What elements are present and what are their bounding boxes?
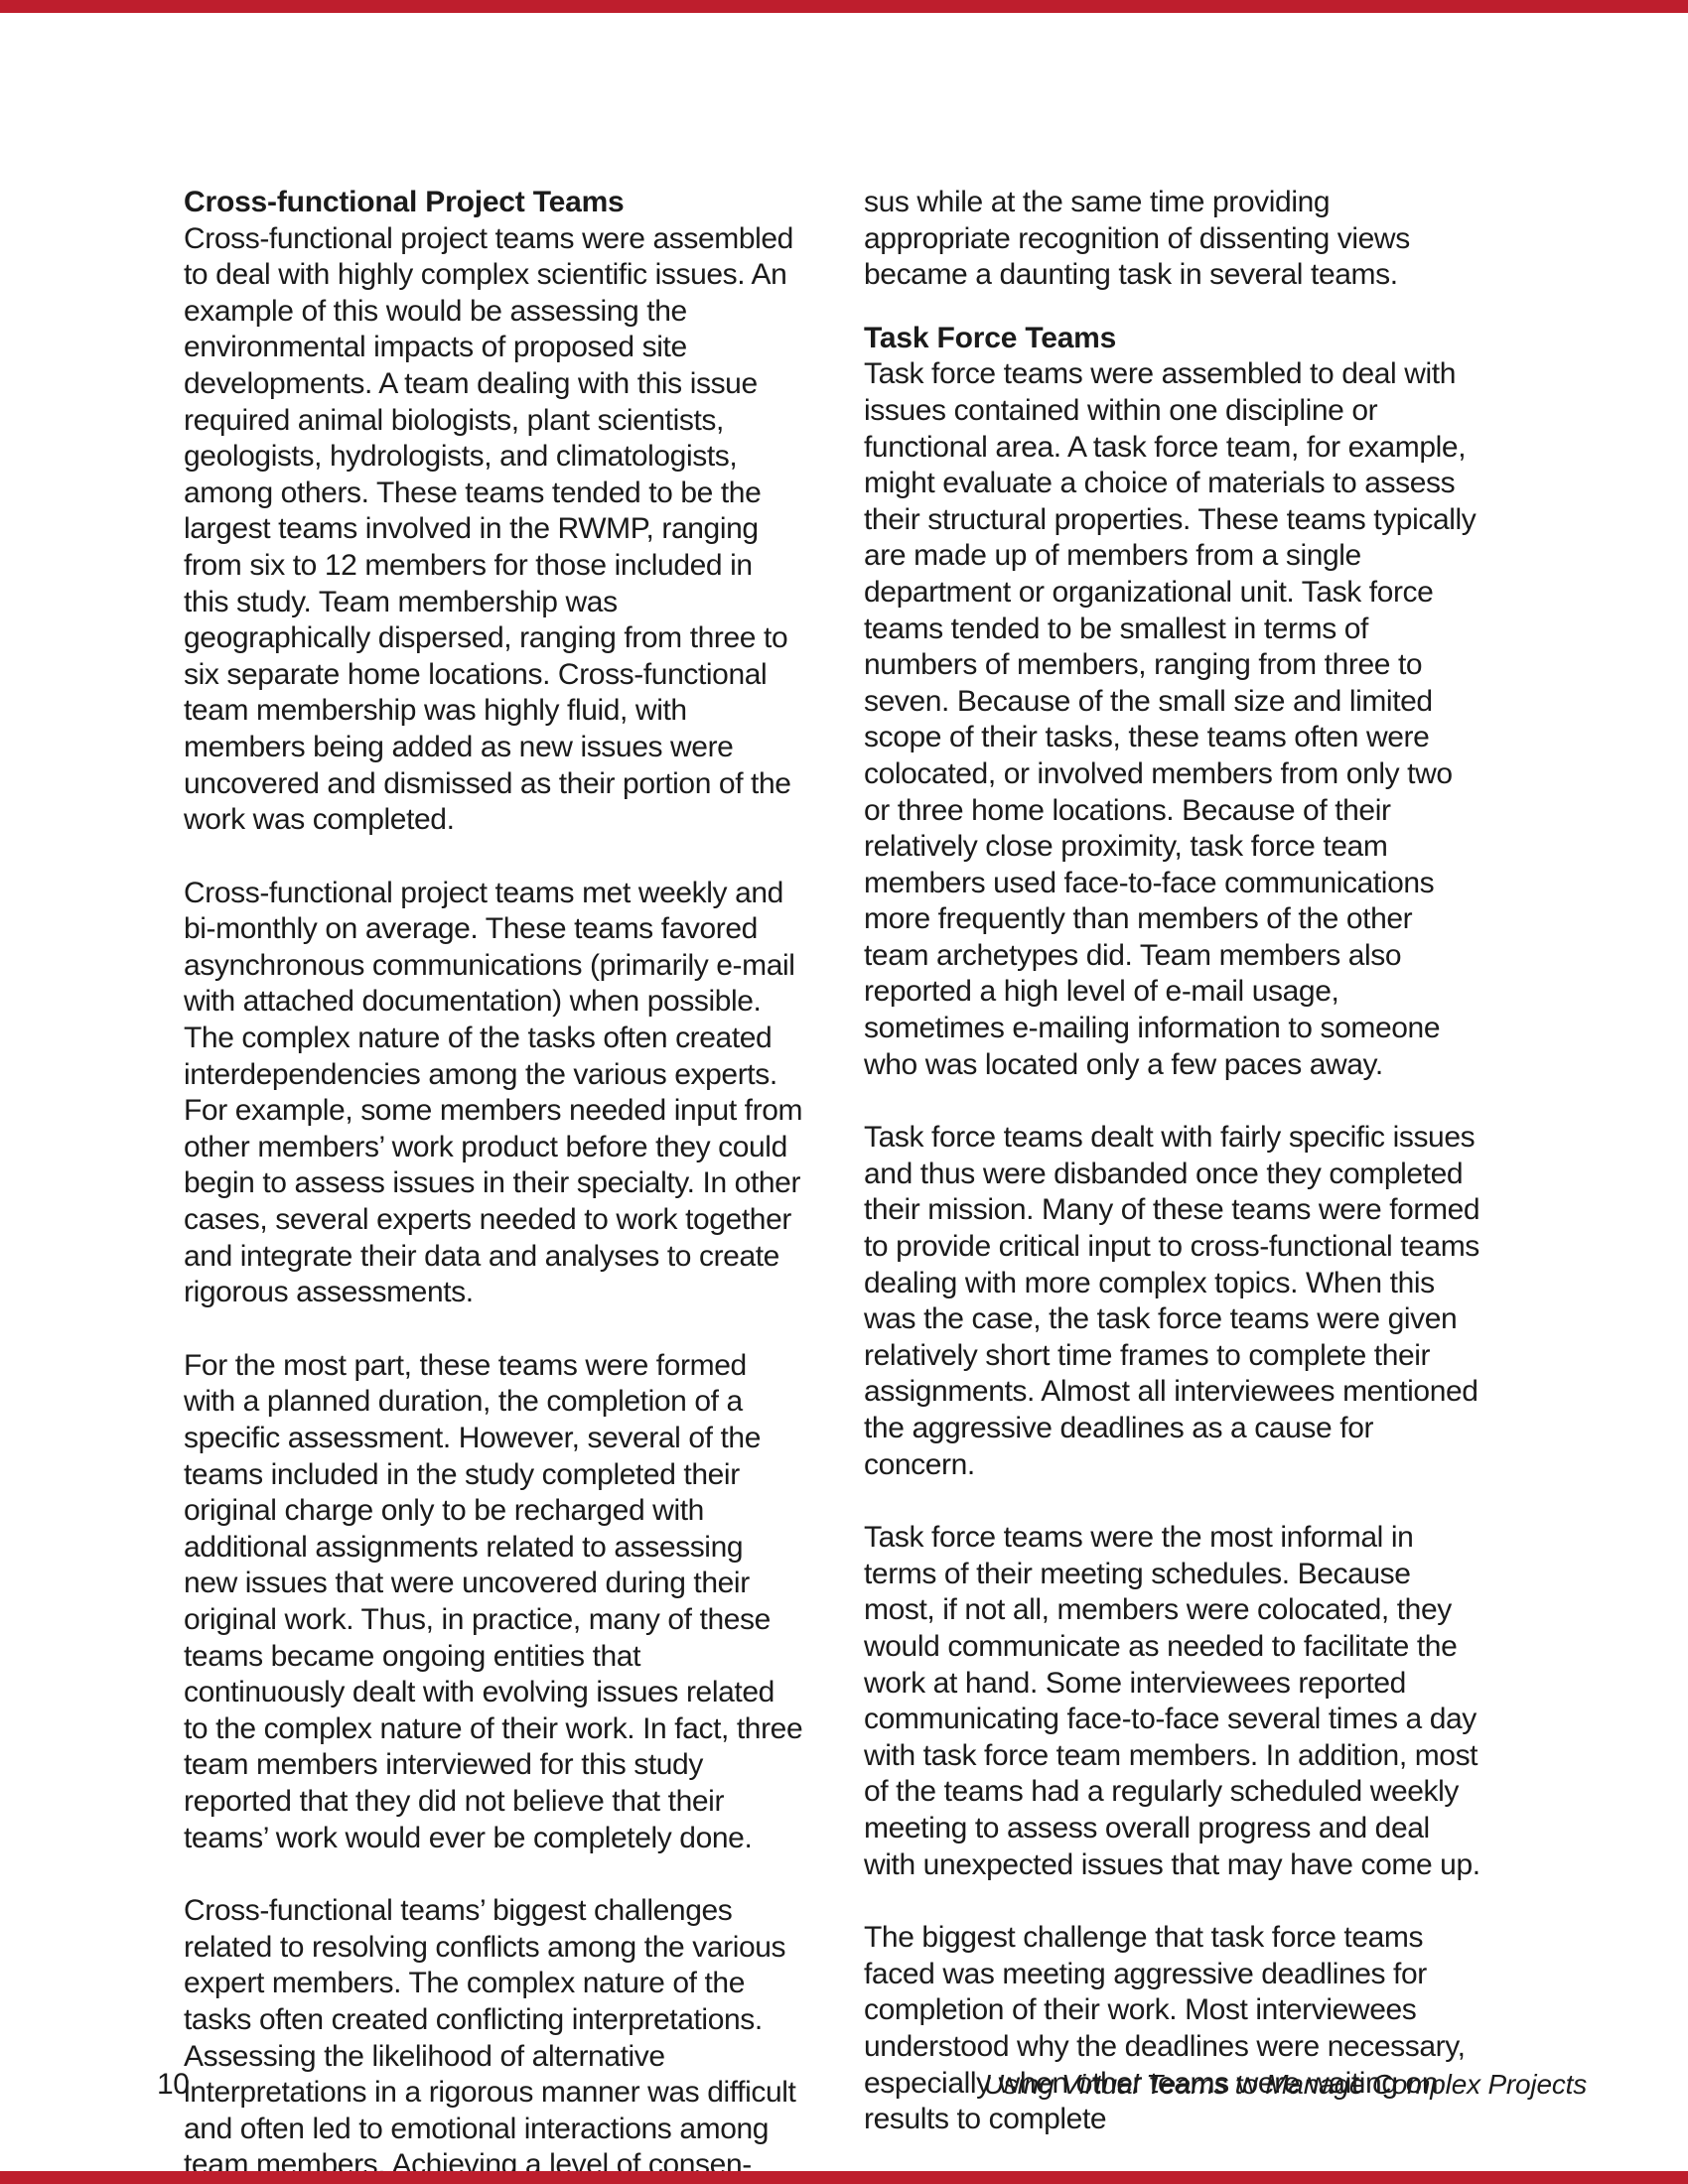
page-number: 10 <box>157 2068 190 2102</box>
paragraph: For the most part, these teams were form… <box>184 1348 803 1856</box>
paragraph: Task force teams were assembled to deal … <box>864 356 1483 1083</box>
paragraph: Cross-functional teams’ biggest challeng… <box>184 1893 803 2184</box>
paragraph: Cross-functional project teams met weekl… <box>184 876 803 1311</box>
paragraph: Task force teams dealt with fairly speci… <box>864 1120 1483 1483</box>
left-column: Cross-functional Project Teams Cross-fun… <box>184 185 803 2184</box>
section-heading-cross-functional-project-teams: Cross-functional Project Teams <box>184 185 803 221</box>
page-body: Cross-functional Project Teams Cross-fun… <box>184 185 1483 2184</box>
top-edge-bar <box>0 0 1688 13</box>
section-heading-task-force-teams: Task Force Teams <box>864 321 1483 357</box>
paragraph: The biggest challenge that task force te… <box>864 1920 1483 2138</box>
paragraph: Task force teams were the most informal … <box>864 1520 1483 1883</box>
page-footer: 10 Using Virtual Teams to Manage Complex… <box>157 2068 1587 2102</box>
right-column: sus while at the same time providing app… <box>864 185 1483 2184</box>
bottom-edge-bar <box>0 2171 1688 2184</box>
document-page: Cross-functional Project Teams Cross-fun… <box>0 0 1688 2184</box>
paragraph: Cross-functional project teams were asse… <box>184 221 803 839</box>
paragraph-continuation: sus while at the same time providing app… <box>864 185 1483 294</box>
running-footer-title: Using Virtual Teams to Manage Complex Pr… <box>984 2069 1587 2101</box>
